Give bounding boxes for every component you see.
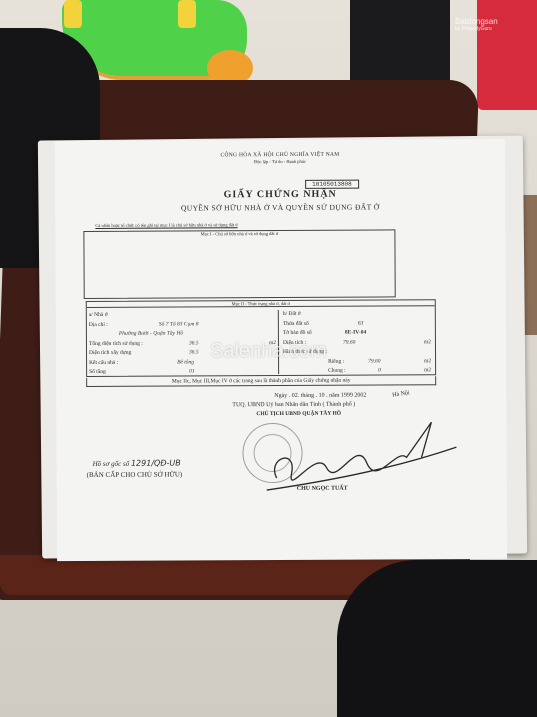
chairman-title: CHỦ TỊCH UBND QUẬN TÂY HỒ xyxy=(256,411,341,417)
copy-note: (BẢN CẤP CHO CHỦ SỞ HỮU) xyxy=(87,471,183,480)
signature xyxy=(256,417,456,498)
address-line2: Phường Bưởi - Quận Tây Hồ xyxy=(119,330,183,340)
plot-label: Thửa đất số xyxy=(283,319,309,329)
watermark-center: Salenha.com xyxy=(210,340,327,363)
total-area-value: 36.5 xyxy=(189,339,199,349)
file-number-value: 1291/QĐ-UB xyxy=(131,459,181,468)
total-area-label: Tổng diện tích sử dụng : xyxy=(89,339,143,349)
section-1-title: Mục I - Chủ sở hữu nhà ở và sử dụng đất … xyxy=(84,230,394,237)
house-heading: a/ Nhà ở xyxy=(89,311,108,321)
land-heading: b/ Đất ở xyxy=(283,310,301,320)
map-value: 8E-IV-04 xyxy=(345,329,366,339)
issue-location: Hà Nội xyxy=(392,390,410,398)
watermark-corner: Batdongsan by PropertyGuru xyxy=(455,18,498,32)
address-line1: Số 7 Tổ 83 Cụm 8 xyxy=(159,320,199,330)
shared-label: Chung : xyxy=(283,367,346,377)
structure-value: Bê tông xyxy=(177,358,194,368)
structure-label: Kết cấu nhà : xyxy=(89,358,118,368)
document-title: GIẤY CHỨNG NHẬN xyxy=(55,188,505,201)
issue-date: Ngày . 02. tháng . 10 . năm 1999 2002 xyxy=(274,393,366,399)
map-label: Tờ bản đồ số xyxy=(283,329,312,339)
document-subtitle: QUYỀN SỞ HỮU NHÀ Ở VÀ QUYỀN SỬ DỤNG ĐẤT … xyxy=(55,202,505,213)
motto: Độc lập - Tự do - Hạnh phúc xyxy=(55,158,505,165)
private-value: 79.60 xyxy=(368,357,380,367)
photo-scene: CỘNG HÒA XÃ HỘI CHỦ NGHĨA VIỆT NAM Độc l… xyxy=(0,0,537,717)
address-label: Địa chỉ : xyxy=(89,320,108,330)
section-2-title: Mục II - Thực trạng nhà ở, đất ở xyxy=(87,300,435,308)
built-area-value: 36.5 xyxy=(189,348,199,358)
section-2-status: Mục II - Thực trạng nhà ở, đất ở a/ Nhà … xyxy=(86,299,436,377)
plot-value: 63 xyxy=(358,319,364,329)
shared-value: 0 xyxy=(378,366,381,376)
authority: TUQ. UBND Uỷ ban Nhân dân Tỉnh ( Thành p… xyxy=(232,402,355,409)
built-area-label: Diện tích xây dựng xyxy=(89,349,131,359)
black-cloth-right xyxy=(337,560,537,717)
original-file-number: Hồ sơ gốc số 1291/QĐ-UB xyxy=(93,459,181,468)
section-note: Mục IIc, Mục III,Mục IV ở các trang sau … xyxy=(86,376,436,387)
signer-name: CHU NGỌC TUẤT xyxy=(297,486,348,492)
floors-value: 01 xyxy=(189,367,195,377)
land-area-value: 79.60 xyxy=(343,338,355,348)
intro-text: Cá nhân hoặc tổ chức có tên ghi tại mục … xyxy=(95,222,237,228)
section-1-owner: Mục I - Chủ sở hữu nhà ở và sử dụng đất … xyxy=(83,229,395,299)
serial-number: 10105013808 xyxy=(305,180,359,189)
floors-label: Số tầng xyxy=(89,368,106,378)
